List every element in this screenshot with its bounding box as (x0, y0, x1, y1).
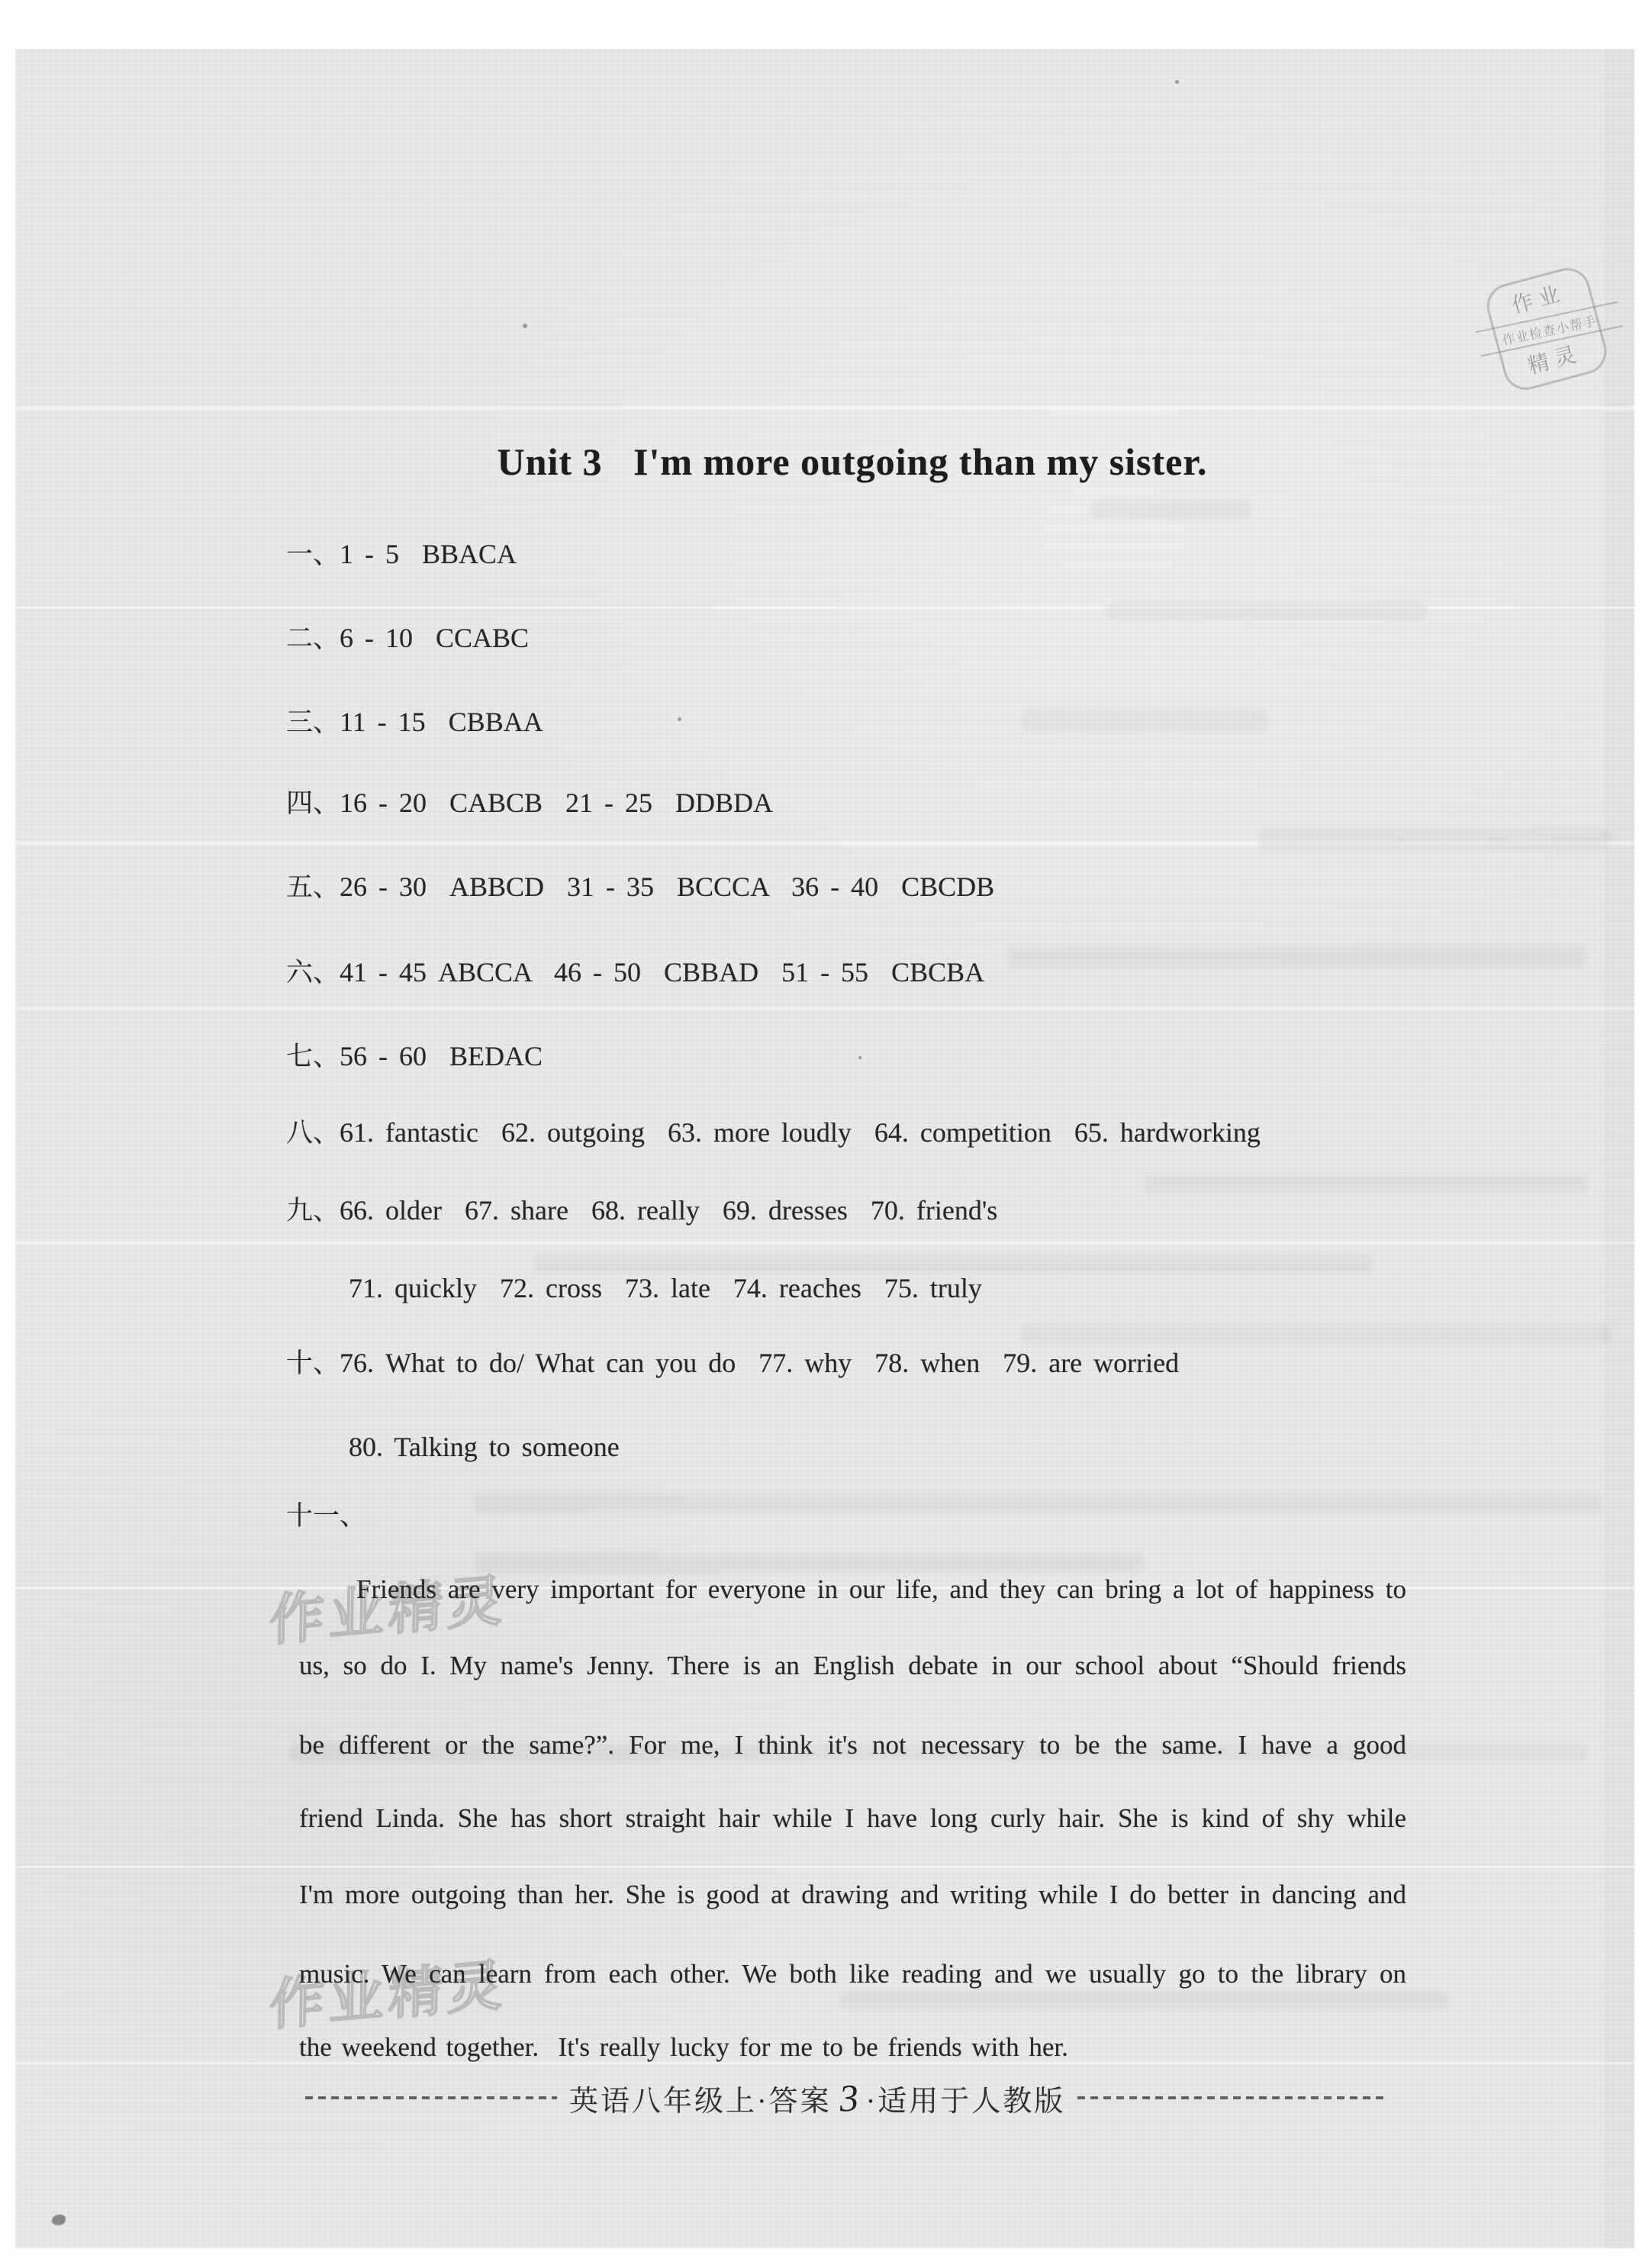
answer-text: 26 - 30 ABBCD 31 - 35 BCCCA 36 - 40 CBCD… (340, 871, 994, 902)
bleed-through-smudge (473, 1492, 1602, 1513)
answer-line: 十、76. What to do/ What can you do 77. wh… (286, 1346, 1179, 1380)
section-label: 六、 (286, 958, 340, 987)
answer-line: 十一、 (286, 1499, 366, 1533)
section-label: 九、 (286, 1196, 340, 1226)
dust-speck (523, 324, 527, 328)
bleed-through-smudge (1106, 603, 1427, 620)
section-label: 八、 (286, 1118, 340, 1148)
answer-text: 16 - 20 CABCB 21 - 25 DDBDA (340, 788, 773, 818)
dust-speck (1175, 80, 1179, 84)
dust-speck (858, 1056, 861, 1059)
bleed-through-smudge (1022, 710, 1267, 731)
section-label: 四、 (286, 788, 340, 818)
section-label: 二、 (286, 623, 340, 653)
section-label: 十一、 (286, 1501, 366, 1531)
answer-text: 80. Talking to someone (349, 1432, 620, 1462)
bleed-through-smudge (1091, 500, 1251, 520)
answer-line: 五、26 - 30 ABBCD 31 - 35 BCCCA 36 - 40 CB… (286, 870, 994, 904)
answer-text: 11 - 15 CBBAA (340, 707, 543, 737)
scan-streak (15, 407, 1634, 410)
answer-text: 66. older 67. share 68. really 69. dress… (340, 1195, 997, 1226)
footer-dash-left (305, 2096, 557, 2099)
passage-line: I'm more outgoing than her. She is good … (299, 1877, 1406, 1912)
answer-line: 六、41 - 45 ABCCA 46 - 50 CBBAD 51 - 55 CB… (286, 955, 984, 990)
scan-streak (15, 1242, 1634, 1244)
answer-text: 71. quickly 72. cross 73. late 74. reach… (349, 1273, 982, 1303)
answer-line: 九、66. older 67. share 68. really 69. dre… (286, 1194, 997, 1228)
section-label: 三、 (286, 707, 340, 737)
passage-line: the weekend together. It's really lucky … (299, 2030, 1406, 2065)
page-title: Unit 3 I'm more outgoing than my sister. (299, 440, 1406, 484)
passage-line: Friends are very important for everyone … (356, 1572, 1406, 1607)
footer-page-number: 3 (838, 2075, 860, 2121)
section-label: 五、 (286, 872, 340, 902)
answer-text: 76. What to do/ What can you do 77. why … (340, 1348, 1179, 1378)
scan-edge-shade (1604, 49, 1634, 2248)
scan-streak (15, 1866, 1634, 1868)
bleed-through-smudge (1259, 828, 1610, 851)
answer-line: 八、61. fantastic 62. outgoing 63. more lo… (286, 1116, 1261, 1150)
footer-dash-right (1077, 2096, 1389, 2099)
answer-line: 七、56 - 60 BEDAC (286, 1039, 543, 1074)
answer-line: 四、16 - 20 CABCB 21 - 25 DDBDA (286, 786, 773, 820)
section-label: 十、 (286, 1348, 340, 1378)
bleed-through-smudge (839, 1991, 1450, 2009)
footer-book-label: 英语八年级上·答案 (569, 2077, 832, 2119)
footer-edition-label: ·适用于人教版 (866, 2077, 1066, 2119)
answer-text: 41 - 45 ABCCA 46 - 50 CBBAD 51 - 55 CBCB… (340, 957, 984, 987)
bleed-through-smudge (473, 1553, 1145, 1573)
scanned-answer-page: 作业 作业检查小帮手 精灵 Unit 3 I'm more outgoing t… (0, 0, 1652, 2268)
section-label: 一、 (286, 540, 340, 569)
dust-speck (678, 717, 681, 721)
answer-line: 80. Talking to someone (349, 1430, 620, 1464)
passage-line: be different or the same?”. For me, I th… (299, 1728, 1406, 1763)
ink-blot (52, 2215, 66, 2225)
answer-text: 6 - 10 CCABC (340, 623, 529, 653)
bleed-through-smudge (1022, 1324, 1610, 1344)
bleed-through-smudge (1007, 946, 1587, 968)
footer-text: 英语八年级上·答案 3 ·适用于人教版 (569, 2076, 1065, 2120)
section-label: 七、 (286, 1042, 340, 1071)
passage-line: us, so do I. My name's Jenny. There is a… (299, 1648, 1406, 1683)
answer-line: 三、11 - 15 CBBAA (286, 705, 543, 739)
answer-text: 1 - 5 BBACA (340, 539, 517, 569)
scan-streak (15, 1007, 1634, 1010)
paper-sheet: 作业 作业检查小帮手 精灵 Unit 3 I'm more outgoing t… (15, 49, 1634, 2248)
answer-text: 56 - 60 BEDAC (340, 1041, 543, 1071)
bleed-through-smudge (1145, 1175, 1587, 1194)
answer-line: 二、6 - 10 CCABC (286, 621, 529, 656)
passage-line: music. We can learn from each other. We … (299, 1957, 1406, 1992)
answer-text: 61. fantastic 62. outgoing 63. more loud… (340, 1117, 1261, 1148)
passage-line: friend Linda. She has short straight hai… (299, 1801, 1406, 1836)
app-stamp: 作业 作业检查小帮手 精灵 (1482, 263, 1612, 395)
answer-line: 71. quickly 72. cross 73. late 74. reach… (349, 1271, 982, 1306)
page-footer: 英语八年级上·答案 3 ·适用于人教版 (305, 2076, 1389, 2120)
answer-line: 一、1 - 5 BBACA (286, 537, 517, 572)
